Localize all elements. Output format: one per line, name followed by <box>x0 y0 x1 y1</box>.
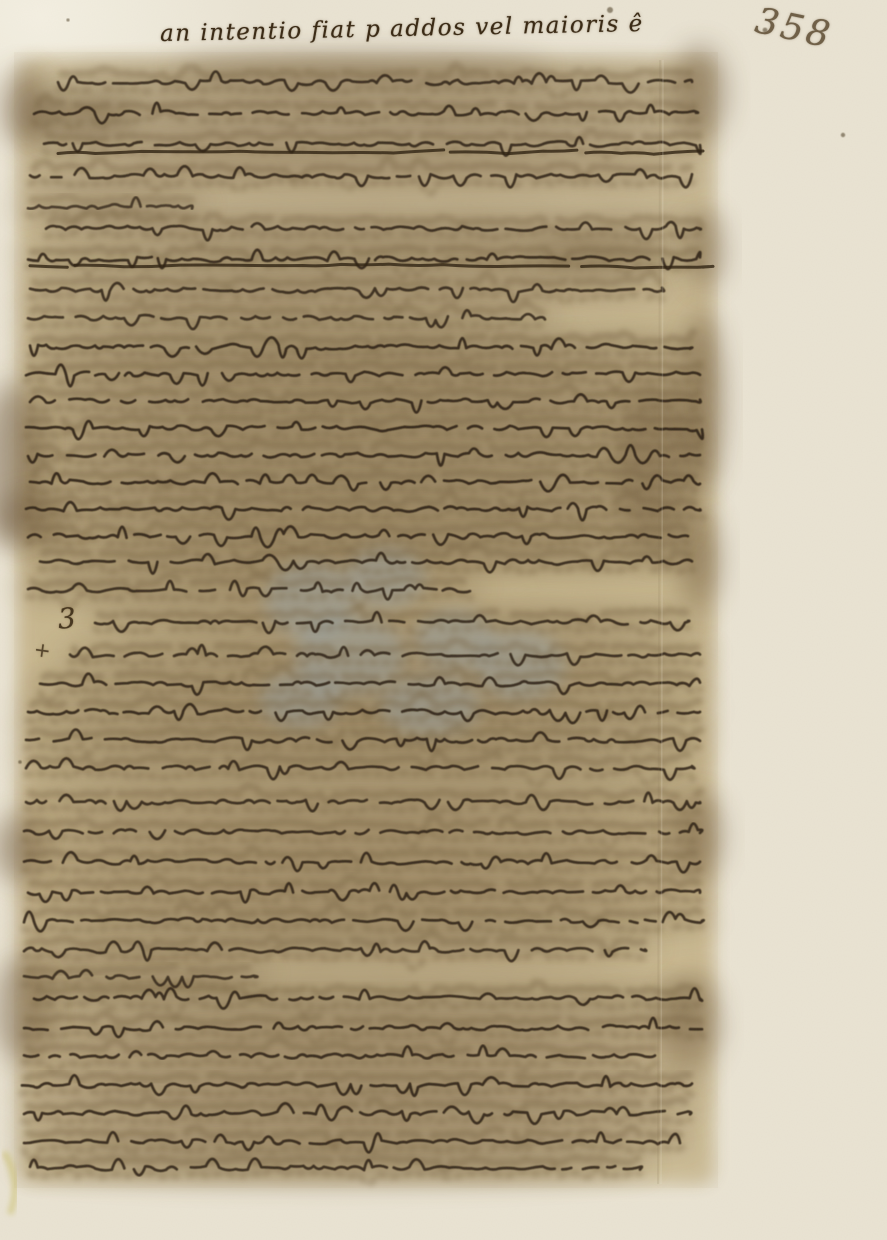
margin-numeral: 3 <box>57 601 79 635</box>
margin-cross-mark: + <box>32 637 53 663</box>
manuscript-ink-canvas <box>0 0 887 1240</box>
document-page: an intentio fiat p addos vel maioris ê 3… <box>0 0 887 1240</box>
paper-grain <box>0 0 887 1240</box>
